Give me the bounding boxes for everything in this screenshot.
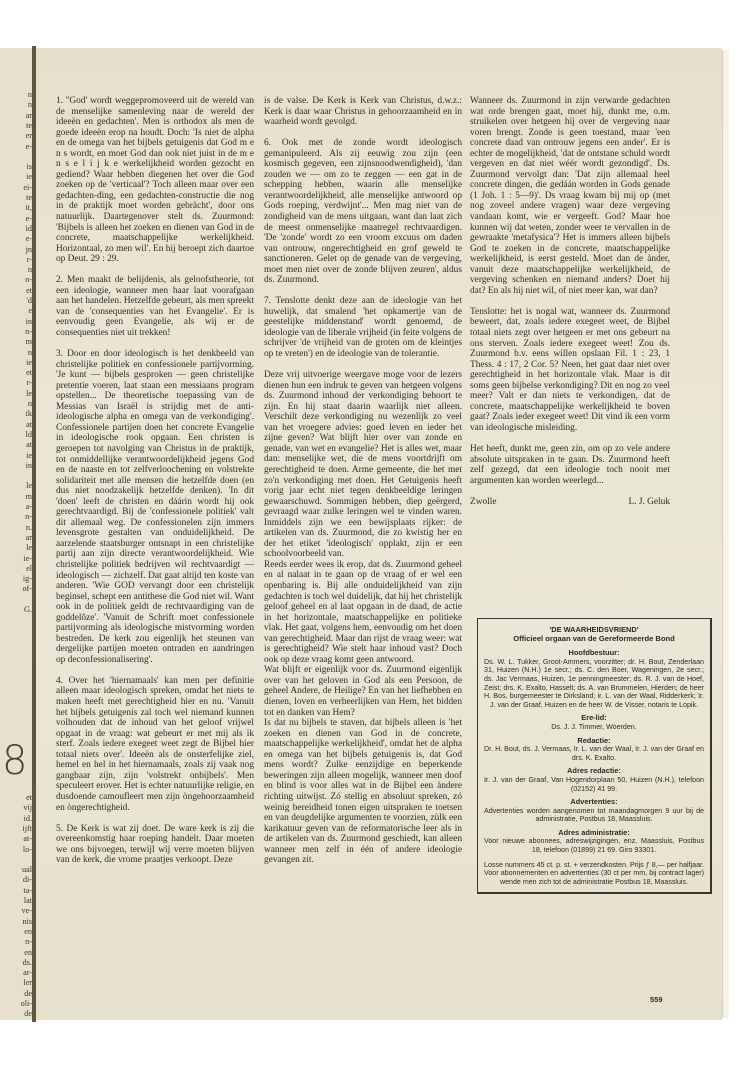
text-fragment: le [0, 543, 32, 553]
article-column-3: Wanneer ds. Zuurmond in zijn verwarde ge… [470, 96, 670, 507]
text-fragment: di- [0, 875, 32, 885]
text-fragment: lo- [0, 845, 32, 855]
text-fragment: 'd [0, 296, 32, 306]
text-fragment: te [0, 193, 32, 203]
section-number: 8 [2, 738, 27, 784]
paragraph-6: 6. Ook met de zonde wordt ideologisch ge… [264, 138, 462, 286]
paragraph-1: 1. ''God' wordt weggepromoveerd uit de w… [56, 96, 254, 265]
text-fragment: at- [0, 834, 32, 844]
text-fragment: el [0, 564, 32, 574]
text-fragment: et [0, 286, 32, 296]
text-fragment: de [0, 989, 32, 999]
text-fragment: ar [0, 111, 32, 121]
text-fragment: de [0, 1009, 32, 1019]
text-fragment: n. [0, 523, 32, 533]
magazine-page: 1. ''God' wordt weggepromoveerd uit de w… [36, 48, 722, 1020]
text-fragment: ijft [0, 824, 32, 834]
text-fragment: ta- [0, 886, 32, 896]
text-fragment: m [0, 492, 32, 502]
text-fragment: lat [0, 896, 32, 906]
text-fragment: n- [0, 275, 32, 285]
text-fragment: nis [0, 917, 32, 927]
heading-ere-lid: Ere-lid: [484, 714, 704, 723]
text-fragment: oli- [0, 999, 32, 1009]
heading-advertenties: Advertenties: [484, 798, 704, 807]
text-fragment: ie [0, 358, 32, 368]
text-fragment: n- [0, 512, 32, 522]
text-fragment: vij [0, 803, 32, 813]
text-fragment: n [0, 348, 32, 358]
paragraph-reeds-eerder: Reeds eerder wees ik erop, dat ds. Zuurm… [264, 560, 462, 665]
text-fragment: ie [0, 451, 32, 461]
text-fragment: en [0, 927, 32, 937]
text-fragment: ler [0, 978, 32, 988]
text-fragment: en [0, 948, 32, 958]
paragraph-7: 7. Tenslotte denkt deze aan de ideologie… [264, 296, 462, 359]
heading-adres-administratie: Adres administratie: [484, 829, 704, 838]
text-fragment: in [0, 461, 32, 471]
text-fragment: n- [0, 327, 32, 337]
text-ere-lid: Ds. J. J. Timmer, Woerden. [484, 723, 704, 732]
text-fragment: e [0, 306, 32, 316]
text-fragment: n [0, 90, 32, 100]
signature-place: Zwolle [470, 497, 496, 508]
page-number: 559 [650, 995, 663, 1004]
text-fragment: te [0, 121, 32, 131]
publication-subtitle: Officieel orgaan van de Gereformeerde Bo… [484, 635, 704, 644]
text-fragment: in [0, 317, 32, 327]
previous-page-edge: nnarteere-isieei-teit,e-ide-jnr-nn-et'de… [0, 48, 32, 1020]
text-fragment: et [0, 368, 32, 378]
text-fragment: r- [0, 378, 32, 388]
text-fragment: ig- [0, 574, 32, 584]
text-fragment: le [0, 389, 32, 399]
text-adres-redactie: Ir. J. van der Graaf, Van Hogendorplaan … [484, 776, 704, 793]
text-fragment: ei- [0, 183, 32, 193]
text-fragment: at [0, 440, 32, 450]
paragraph-4: 4. Over het 'hiernamaals' kan men per de… [56, 676, 254, 813]
text-fragment: id. [0, 814, 32, 824]
text-fragment: er [0, 131, 32, 141]
text-fragment: et [0, 793, 32, 803]
paragraph-5-cont: is de valse. De Kerk is Kerk van Christu… [264, 96, 462, 128]
paragraph-5: 5. De Kerk is wat zij doet. De ware kerk… [56, 824, 254, 866]
text-fragment: jn [0, 245, 32, 255]
signature: Zwolle L. J. Geluk [470, 497, 670, 508]
text-advertenties: Advertenties worden aangenomen tot maand… [484, 807, 704, 824]
text-fragment: ve- [0, 906, 32, 916]
text-fragment: a- [0, 502, 32, 512]
heading-adres-redactie: Adres redactie: [484, 767, 704, 776]
text-fragment: is [0, 162, 32, 172]
heading-hoofdbestuur: Hoofdbestuur: [484, 649, 704, 658]
text-fragment: ie [0, 172, 32, 182]
text-fragment: ual [0, 865, 32, 875]
text-fragment: ar [0, 533, 32, 543]
paragraph-tenslotte: Tenslotte: het is nogal wat, wanneer ds.… [470, 307, 670, 434]
text-fragment: n [0, 399, 32, 409]
text-fragment: ie- [0, 554, 32, 564]
text-fragment: e- [0, 142, 32, 152]
text-fragment: id [0, 224, 32, 234]
paragraph-wat-blijft: Wat blijft er eigenlijk voor ds. Zuurmon… [264, 665, 462, 718]
paragraph-2: 2. Men maakt de belijdenis, als geloofst… [56, 275, 254, 338]
text-fragment: e- [0, 214, 32, 224]
text-redactie: Dr. H. Bout, ds. J. Vermaas, Ir. L. van … [484, 745, 704, 762]
text-fragment: ld [0, 430, 32, 440]
paragraph-vergeving: Wanneer ds. Zuurmond in zijn verwarde ge… [470, 96, 670, 296]
colophon-box: 'DE WAARHEIDSVRIEND' Officieel orgaan va… [477, 618, 712, 894]
text-fragment: le [0, 481, 32, 491]
text-hoofdbestuur: Ds. W. L. Tukker, Groot-Ammers, voorzitt… [484, 658, 704, 710]
article-column-1: 1. ''God' wordt weggepromoveerd uit de w… [56, 96, 254, 876]
text-fragment: n [0, 100, 32, 110]
text-fragment: m [0, 337, 32, 347]
pricing-text: Losse nummers 45 ct. p. st. + verzendkos… [484, 861, 704, 887]
text-fragment: ds. [0, 958, 32, 968]
page-edge [722, 50, 729, 1018]
text-adres-administratie: Voor nieuwe abonnees, adreswijzigingen, … [484, 837, 704, 854]
text-fragment: n- [0, 937, 32, 947]
text-fragment: e- [0, 234, 32, 244]
heading-redactie: Redactie: [484, 737, 704, 746]
text-fragment: ar- [0, 968, 32, 978]
paragraph-bijbels-staven: Is dat nu bijbels te staven, dat bijbels… [264, 718, 462, 866]
text-fragment: G. [0, 605, 32, 615]
text-fragment: of- [0, 584, 32, 594]
text-fragment: n [0, 265, 32, 275]
paragraph-commentary: Deze vrij uitvoerige weergave moge voor … [264, 370, 462, 560]
paragraph-3: 3. Door en door ideologisch is het denkb… [56, 349, 254, 665]
paragraph-conclusion: Het heeft, dunkt me, geen zin, om op zo … [470, 444, 670, 486]
text-fragment: at [0, 420, 32, 430]
signature-author: L. J. Geluk [628, 497, 670, 508]
article-column-2: is de valse. De Kerk is Kerk van Christu… [264, 96, 462, 876]
text-fragment: r- [0, 255, 32, 265]
text-fragment: ik [0, 409, 32, 419]
text-fragment: it, [0, 203, 32, 213]
